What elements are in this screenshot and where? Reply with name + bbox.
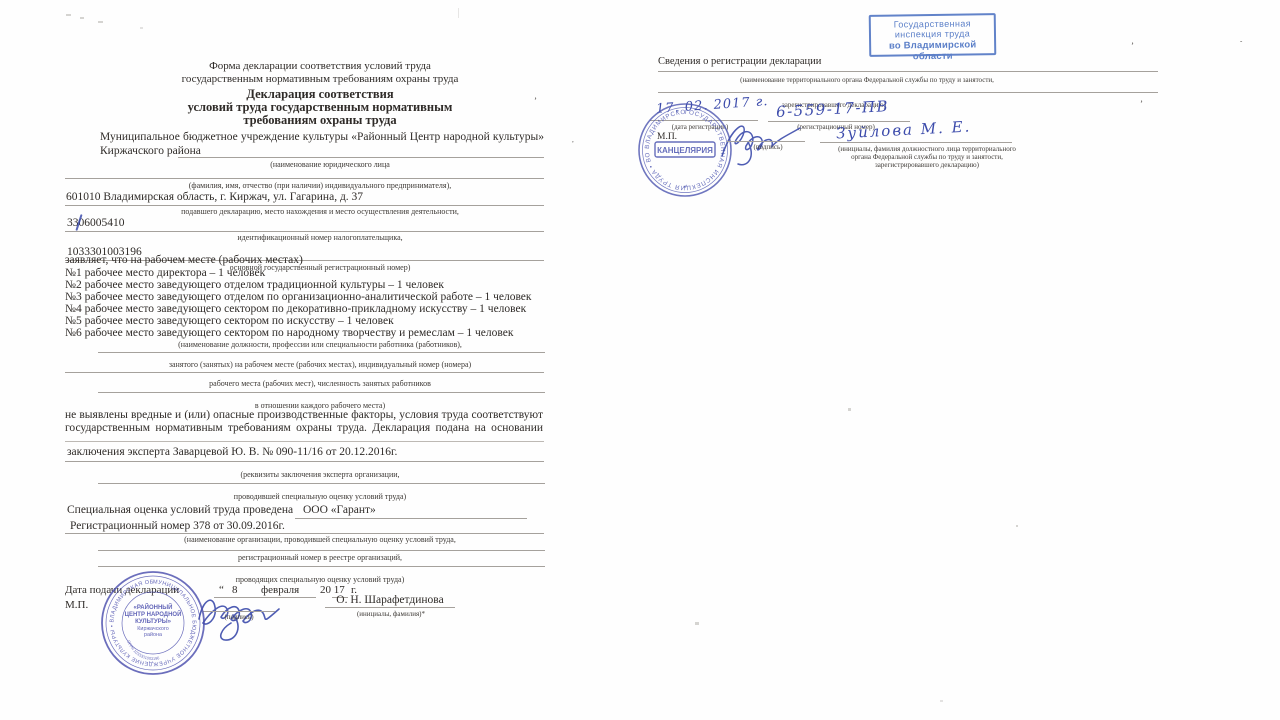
sout-prefix: Специальная оценка условий труда проведе… (67, 504, 293, 517)
blank-line (65, 372, 544, 373)
statement-line1: не выявлены вредные и (или) опасные прои… (65, 409, 543, 422)
workplace-row: №2 рабочее место заведующего отделом тра… (65, 279, 444, 292)
sout-org-value: ООО «Гарант» (303, 504, 376, 517)
label-official3: зарегистрировавшего декларацию) (827, 161, 1027, 169)
scan-speck (66, 14, 71, 16)
scan-speck (940, 700, 943, 702)
label-territorial1: (наименование территориального органа Фе… (667, 76, 1067, 84)
label-workplace-count: рабочего места (рабочих мест), численнос… (70, 379, 570, 388)
label-signature-right: (подпись) (733, 143, 803, 151)
label-sout-org: (наименование организации, проводившей с… (70, 535, 570, 544)
scan-speck (848, 408, 851, 411)
label-occupied: занятого (занятых) на рабочем месте (раб… (70, 360, 570, 369)
stamp-center-text: КАНЦЕЛЯРИЯ (657, 146, 713, 155)
scan-speck (458, 8, 459, 18)
underline-address (65, 205, 544, 206)
label-signature-left: (подпись) (203, 613, 275, 621)
stamp-center-5: района (144, 631, 162, 638)
workplace-row: №1 рабочее место директора – 1 человек (65, 267, 265, 280)
label-sout-reestr: регистрационный номер в реестре организа… (70, 553, 570, 562)
signer-name: О. Н. Шарафетдинова (330, 594, 450, 607)
scan-artifact: - (1240, 37, 1242, 45)
stamp-star: * (683, 184, 686, 193)
box-stamp-line2: инспекция труда (871, 28, 994, 40)
inspection-box-stamp: Государственная инспекция труда во Влади… (869, 13, 997, 57)
underline-signer (325, 607, 455, 608)
blank-line (65, 441, 544, 442)
workplace-row: №6 рабочее место заведующего сектором по… (65, 327, 513, 340)
address-value: 601010 Владимирская область, г. Киржач, … (66, 191, 363, 204)
box-stamp-line3: во Владимирской области (871, 39, 994, 63)
workplace-row: №5 рабочее место заведующего сектором по… (65, 315, 394, 328)
blank-line (658, 71, 1158, 72)
label-position: (наименование должности, профессии или с… (70, 340, 570, 349)
label-requisites2: проводившей специальную оценку условий т… (70, 492, 570, 501)
stamp-center-3: КУЛЬТУРЫ» (135, 619, 172, 625)
workplace-row: №4 рабочее место заведующего сектором по… (65, 303, 526, 316)
scan-artifact: ’ (1131, 41, 1134, 51)
registration-title: Сведения о регистрации декларации (658, 56, 821, 68)
scan-speck (1016, 525, 1018, 527)
label-official2: органа Федеральной службы по труду и зан… (827, 153, 1027, 161)
scan-speck (80, 17, 84, 19)
label-requisites: (реквизиты заключения эксперта организац… (70, 470, 570, 479)
org-name-line1: Муниципальное бюджетное учреждение культ… (100, 131, 544, 144)
blank-line (98, 566, 545, 567)
underline-signature-left (203, 611, 275, 612)
statement-line2: государственным нормативным требованиям … (65, 422, 543, 435)
blank-line (658, 92, 1158, 93)
underline-official (820, 142, 1012, 143)
blank-line (98, 550, 545, 551)
underline-expert (65, 461, 544, 462)
mp-label-left: М.П. (65, 599, 88, 611)
scan-artifact: ’ (1140, 99, 1143, 109)
underline-inn (65, 231, 544, 232)
org-name-line2: Киржачского района (100, 145, 201, 158)
form-header-line1: Форма декларации соответствия условий тр… (120, 60, 520, 72)
underline-org (178, 157, 544, 158)
underline-sout-reg (65, 533, 544, 534)
form-header-line2: государственным нормативным требованиям … (120, 73, 520, 85)
workplace-row: №3 рабочее место заведующего отделом по … (65, 291, 532, 304)
scan-speck (140, 27, 143, 29)
sout-reg-line: Регистрационный номер 378 от 30.09.2016г… (70, 520, 285, 533)
signature-right (718, 110, 806, 170)
label-inn: идентификационный номер налогоплательщик… (70, 233, 570, 242)
stamp-center-1: «РАЙОННЫЙ (134, 603, 173, 611)
scan-speck (695, 622, 699, 625)
scan-artifact: , (572, 136, 574, 144)
underline-sout-org (295, 518, 527, 519)
underline-signature-right (727, 141, 805, 142)
label-official1: (инициалы, фамилия должностного лица тер… (827, 145, 1027, 153)
scan-speck (98, 21, 103, 23)
organization-round-stamp: МУНИЦИПАЛЬНОЕ БЮДЖЕТНОЕ УЧРЕЖДЕНИЕ КУЛЬТ… (98, 568, 208, 678)
stamp-center-2: ЦЕНТР НАРОДНОЙ (125, 610, 182, 618)
label-individual: (фамилия, имя, отчество (при наличии) ин… (70, 181, 570, 190)
expert-conclusion-line: заключения эксперта Заварцевой Ю. В. № 0… (67, 446, 397, 459)
doc-title-line3: требованиям охраны труда (120, 114, 520, 128)
declares-line: заявляет, что на рабочем месте (рабочих … (65, 254, 303, 267)
blank-line (98, 483, 545, 484)
scanned-declaration-document: Форма декларации соответствия условий тр… (0, 0, 1280, 720)
label-initials: (инициалы, фамилия)* (336, 610, 446, 618)
blank-line-fio (65, 178, 544, 179)
label-legal-entity: (наименование юридического лица (90, 160, 570, 169)
scan-artifact: ’ (534, 96, 537, 106)
label-address: подавшего декларацию, место нахождения и… (70, 207, 570, 216)
blank-line (98, 352, 545, 353)
blank-line (98, 392, 545, 393)
